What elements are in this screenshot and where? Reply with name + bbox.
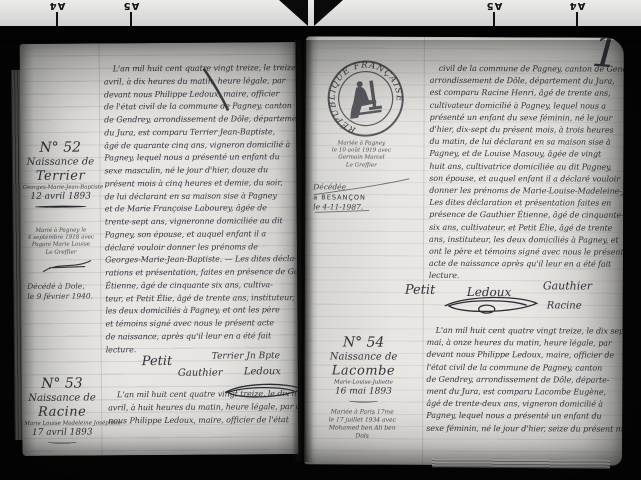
act54-body-text: L'an mil huit cent quatre vingt treize, … — [426, 325, 618, 436]
act-date: 17 avril 1893 — [24, 427, 100, 439]
act54-margin: N° 54 Naissance de Lacombe Marie-Louise-… — [310, 334, 416, 403]
act-body-line: Les dites déclaration et présentation fa… — [429, 197, 617, 210]
film-ruler-strip: A4 A5 A5 A4 — [0, 0, 641, 26]
act-body-line: donner les prénoms de Marie-Louise-Madel… — [429, 185, 617, 198]
microfilm-scan: A4 A5 A5 A4 N° 52 Naissance de Terrier G… — [0, 0, 641, 480]
act-body-line: l'état civil de la commune de Pagney, ca… — [426, 361, 618, 374]
act-body-line: devant nous Philippe Ledoux, maire, offi… — [427, 349, 619, 362]
act53-margin: N° 53 Naissance de Racine Marie Louise M… — [24, 375, 100, 445]
act-heading: Naissance de — [311, 350, 417, 363]
act-surname: Racine — [24, 404, 100, 420]
act-number: N° 53 — [24, 375, 100, 392]
act-number: N° 52 — [22, 139, 98, 156]
act-surname: Terrier — [22, 168, 98, 184]
left-page: N° 52 Naissance de Terrier Georges-Marie… — [20, 42, 299, 456]
act-body-line: cultivateur domicilié à Pagney, lequel n… — [430, 99, 618, 112]
clerk-signature-flourish — [39, 257, 95, 275]
act-body-line: sexe masculin, né le jour d'hier, douze … — [104, 164, 294, 178]
act53-marriage-note: Mariée à Pagneyle 10 août 1919 avecGerma… — [309, 140, 413, 169]
act-body-line: huit ans, cultivatrice domiciliée au dit… — [429, 160, 617, 173]
seated-liberty-figure — [345, 79, 383, 119]
act-body-line: six ans, cultivateur, et Petit Élie, âgé… — [429, 221, 617, 234]
act52-body-text: L'an mil huit cent quatre vingt treize, … — [104, 62, 296, 357]
act-body-line: son épouse, et auquel enfant il a déclar… — [429, 173, 617, 186]
act-body-line: du Jura, est comparu Terrier Jean-Baptis… — [104, 126, 294, 140]
act52-margin: N° 52 Naissance de Terrier Georges-Marie… — [22, 139, 98, 208]
act-body-line: présent mois à cinq heures et demie, du … — [105, 177, 295, 191]
act52-death-note: Décédé à Dole,le 9 février 1940. — [27, 281, 101, 302]
act-body-line: du matin, de lui déclarant en sa maison … — [429, 136, 617, 149]
act-body-line: L'an mil huit cent quatre vingt treize, … — [427, 325, 619, 338]
registration-triangle-left — [279, 0, 308, 26]
act-date: 12 avril 1893 — [23, 191, 99, 203]
act-body-line: L'an mil huit cent quatre vingt treize, … — [108, 388, 298, 402]
marginal-note-line: Le Greffier — [25, 249, 97, 257]
flourish-squiggle — [47, 440, 77, 444]
signature-gauthier: Gauthier — [178, 368, 223, 379]
act54-marriage-note: Mariée à Paris 17mele 17 juillet 1934 av… — [308, 408, 416, 440]
act-body-line: sexe féminin, né le jour d'hier, seize d… — [426, 422, 618, 435]
flourish-underline — [35, 206, 87, 208]
act-body-line: présence de Gauthier Étienne, âgé de cin… — [429, 209, 617, 222]
act-body-line: nous Philippe Ledoux, maire, officier de… — [108, 414, 298, 428]
act-surname: Lacombe — [310, 363, 416, 378]
marginal-note-line: Dols — [308, 432, 416, 440]
act-body-line: ont le père et témoins signé avec nous l… — [429, 246, 617, 259]
act52-marriage-note: Marié à Pagney le4 septembre 1918 avecPa… — [25, 227, 97, 256]
act-body-line: Étienne, âgé de cinquante six ans, culti… — [105, 279, 295, 293]
marginal-note-line: le 9 février 1940. — [27, 291, 101, 302]
act-body-line: Pagney, et de Louise Masouy, âgée de vin… — [429, 148, 617, 161]
act-body-line: présenté un enfant du sexe féminin, né l… — [430, 112, 618, 125]
act-body-line: avril, à huit heures du matin, heure lég… — [108, 401, 298, 415]
flourish-squiggle — [348, 398, 378, 402]
signature-petit: Petit — [142, 354, 173, 369]
act-date: 16 mai 1893 — [310, 386, 416, 397]
signature-gauthier: Gauthier — [543, 279, 592, 292]
margin-rule — [422, 37, 425, 465]
act-heading: Naissance de — [24, 391, 100, 405]
act-number: N° 54 — [311, 334, 417, 350]
death-note-underline — [313, 176, 423, 216]
republique-francaise-seal-icon: RÉPUBLIQUE FRANÇAISE — [321, 54, 411, 144]
act-body-line: de naissance, après qu'il leur en a été … — [106, 330, 296, 344]
act-body-line: civil de la commune de Pagney, canton de… — [430, 63, 618, 76]
registration-triangle-right — [314, 0, 343, 26]
act-body-line: d'hier, dix-sept du présent mois, à troi… — [430, 124, 618, 137]
signature-petit: Petit — [405, 283, 436, 298]
act-body-line: de Gendrey, arrondissement de Dôle, dépa… — [104, 113, 294, 127]
act-body-line: trente-sept ans, vigneronne domiciliée a… — [105, 215, 295, 229]
stacked-page-edges — [432, 458, 610, 469]
act-body-line: avril, à dix heures du matin, heure léga… — [104, 75, 294, 89]
act-body-line: est comparu Racine Henri, âgé de trente … — [430, 87, 618, 100]
act-body-line: rations et présentation, faites en prése… — [105, 266, 295, 280]
act-body-line: mai, à onze heures du matin, heure légal… — [427, 337, 619, 350]
signature-racine: Racine — [547, 300, 582, 311]
act53-body-start-text: L'an mil huit cent quatre vingt treize, … — [108, 388, 298, 428]
act53-continuation-text: civil de la commune de Pagney, canton de… — [429, 63, 618, 283]
signature-terrier: Terrier Jn Bpte — [212, 351, 280, 361]
act-body-line: et témoins signé avec nous le présent ac… — [105, 317, 295, 331]
act-body-line: de Gendrey, arrondissement de Dôle, dépa… — [426, 374, 618, 387]
right-page: 17 RÉPUBLIQUE FRANÇAISE Mariée à Pagneyl… — [304, 36, 624, 465]
act-heading: Naissance de — [22, 155, 98, 169]
act-body-line: arrondissement de Dôle, département du J… — [430, 75, 618, 88]
registration-triangles — [0, 0, 641, 26]
marginal-note-line: Le Greffier — [309, 162, 413, 170]
act-body-line: acte de naissance après qu'il leur en a … — [429, 258, 617, 271]
marginal-note-line: Pagani Marie Louise — [25, 242, 97, 250]
act-body-line: L'an mil huit cent quatre vingt treize, … — [104, 62, 294, 76]
act-body-line: ment du Jura, est comparu Lacombe Eugène… — [426, 386, 618, 399]
marginal-note-line: Décédé à Dole, — [27, 281, 101, 292]
act-body-line: Pagney, lequel nous a présenté un enfant… — [426, 410, 618, 423]
signature-ledoux: Ledoux — [244, 366, 281, 377]
act-body-line: âgé de trente-deux ans, vigneron domicil… — [426, 398, 618, 411]
signature-paraph — [439, 293, 543, 315]
act-body-line: ans, instituteur, les deux domiciliés à … — [429, 234, 617, 247]
